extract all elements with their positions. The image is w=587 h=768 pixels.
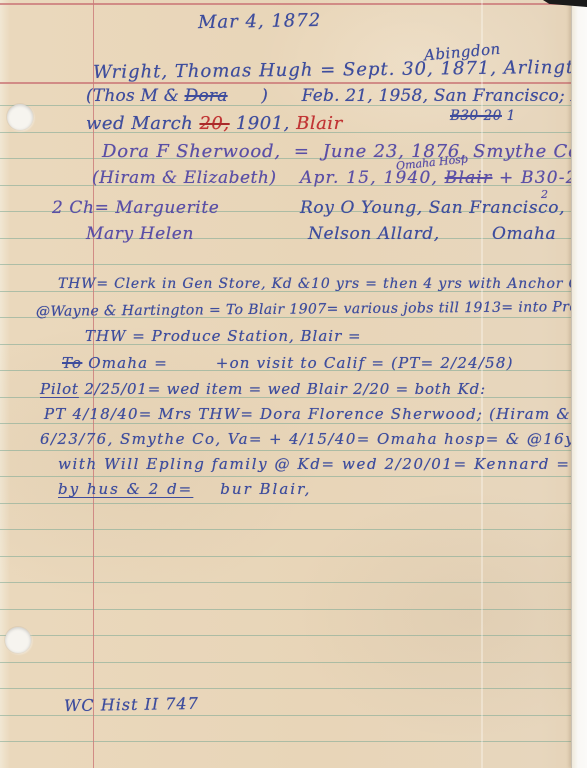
head-of-record: Wright, Thomas Hugh = Sept. 30, 1871, Ar… xyxy=(93,57,587,83)
scan-background-right xyxy=(571,0,587,768)
entry-date: Mar 4, 1872 xyxy=(198,11,322,33)
source-citation: WC Hist II 747 xyxy=(64,695,199,715)
bio-line-3: THW = Produce Station, Blair = xyxy=(85,328,362,345)
b30-correction: B30-20 1 xyxy=(450,109,516,124)
rule-line xyxy=(0,529,571,530)
rule-line xyxy=(0,503,571,504)
header-red-rule xyxy=(0,82,571,84)
spouse-death: Apr. 15, 1940, Blair + B30-2 xyxy=(300,169,578,188)
obit-line-1: PT 4/18/40= Mrs THW= Dora Florence Sherw… xyxy=(44,406,587,423)
hole-punch xyxy=(7,104,33,130)
bio-line-1: THW= Clerk in Gen Store, Kd &10 yrs = th… xyxy=(58,277,587,292)
parents-and-death: (Thos M & Dora ) Feb. 21, 1958, San Fran… xyxy=(86,87,587,106)
children-line: 2 Ch= Marguerite xyxy=(52,199,219,218)
bio-line-5: Pilot 2/25/01= wed item = wed Blair 2/20… xyxy=(40,381,486,398)
rule-line xyxy=(0,582,571,583)
scan-corner-artifact xyxy=(543,0,587,7)
rule-line xyxy=(0,635,571,636)
rule-line xyxy=(0,556,571,557)
spouse-line: Dora F Sherwood, = June 23, 1876, Smythe… xyxy=(102,142,587,162)
child2-name: Mary Helen xyxy=(86,225,194,244)
rule-line xyxy=(0,662,571,663)
obit-line-2: 6/23/76, Smythe Co, Va= + 4/15/40= Omaha… xyxy=(40,431,587,448)
notebook-page: Mar 4, 1872AbingdonWright, Thomas Hugh =… xyxy=(0,0,587,768)
child1-spouse: Roy O Young, San Francisco, Calif xyxy=(300,199,587,218)
rule-line xyxy=(0,423,571,424)
rule-line xyxy=(0,476,571,477)
spouse-parents: (Hiram & Elizabeth) xyxy=(92,169,276,188)
hole-punch xyxy=(5,627,31,653)
child2-spouse: Nelson Allard, xyxy=(308,225,440,244)
rule-line xyxy=(0,609,571,610)
bio-line-4: To Omaha = +on visit to Calif = (PT= 2/2… xyxy=(62,355,514,372)
rule-line xyxy=(0,688,571,689)
marriage-line: wed March 20, 1901, Blair xyxy=(86,114,343,134)
rule-line xyxy=(0,264,571,265)
obit-line-3: with Will Epling family @ Kd= wed 2/20/0… xyxy=(58,456,587,473)
rule-line xyxy=(0,450,571,451)
child2-spouse-city: Omaha xyxy=(492,225,556,244)
rule-line xyxy=(0,741,571,742)
obit-line-4: by hus & 2 d= bur Blair, xyxy=(58,481,311,498)
top-red-rule xyxy=(0,3,571,5)
